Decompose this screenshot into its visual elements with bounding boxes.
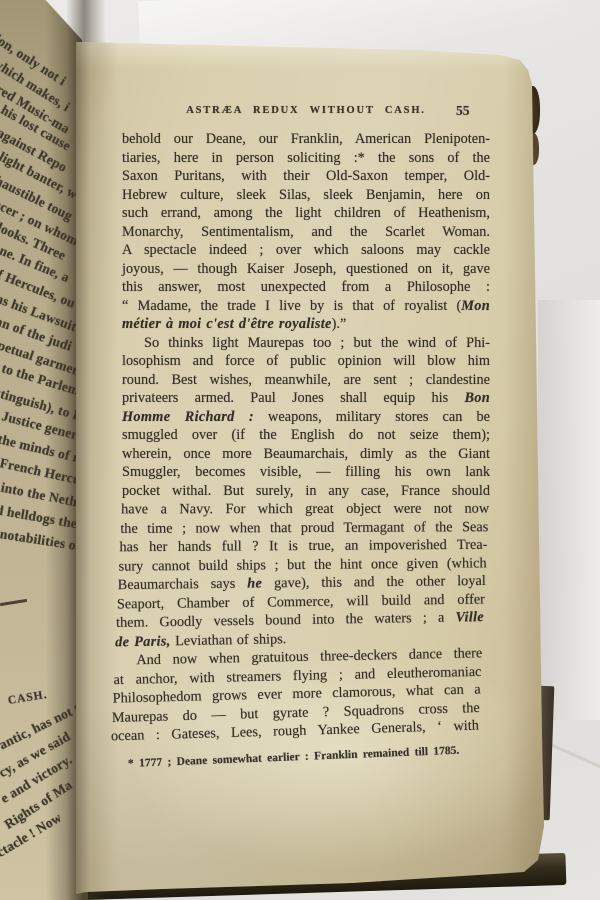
body-text: behold our Deane, our Franklin, American… (122, 130, 490, 741)
body-line: behold our Deane, our Franklin, American… (122, 130, 490, 149)
right-page: ASTRÆA REDUX WITHOUT CASH. 55 behold our… (76, 36, 546, 894)
body-line: A spectacle indeed ; over which saloons … (122, 241, 490, 260)
body-line: the time ; now when that proud Termagant… (120, 518, 488, 538)
body-line: such errand, among the light children of… (122, 204, 490, 223)
body-line: tiaries, here in person soliciting :* th… (122, 149, 490, 168)
body-line: privateers armed. Paul Jones shall equip… (122, 389, 490, 408)
body-line: “ Madame, the trade I live by is that of… (122, 297, 490, 316)
body-line: Hebrew culture, sleek Silas, sleek Benja… (122, 186, 490, 205)
body-line: round. Best wishes, meanwhile, are sent … (122, 371, 490, 390)
body-line: pocket withal. But surely, in any case, … (122, 482, 490, 501)
body-line: Smuggler, becomes visible, — filling his… (122, 463, 490, 482)
backdrop-crease (538, 300, 600, 720)
body-line: losophism and force of public opinion wi… (122, 352, 490, 371)
body-line: this answer, most unexpected from a Phil… (122, 278, 490, 297)
body-line: joyous, — though Kaiser Joseph, question… (122, 260, 490, 279)
page-number: 55 (456, 103, 470, 119)
body-line: has her hands full ? It is true, an impo… (119, 536, 487, 557)
running-header-title: ASTRÆA REDUX WITHOUT CASH. (122, 105, 490, 116)
running-header: ASTRÆA REDUX WITHOUT CASH. (122, 105, 490, 121)
body-line: Saxon Puritans, with their Old-Saxon tem… (122, 167, 490, 186)
book-photo: ion, only not iwhich makes, iered Music-… (0, 0, 600, 900)
body-line: have a Navy. For which great object were… (121, 500, 489, 519)
body-line: Monarchy, Sentimentalism, and the Scarle… (122, 223, 490, 242)
body-line: Homme Richard : weapons, military stores… (122, 408, 490, 427)
body-line: So thinks light Maurepas too ; but the w… (122, 334, 490, 353)
footnote: * 1777 ; Deane somewhat earlier : Frankl… (128, 745, 460, 770)
body-line: wherein, once more Beaumarchais, dimly a… (122, 445, 490, 464)
body-line: métier à moi c'est d'être royaliste).” (122, 315, 490, 334)
body-line: smuggled over (if the English do not sei… (122, 426, 490, 445)
